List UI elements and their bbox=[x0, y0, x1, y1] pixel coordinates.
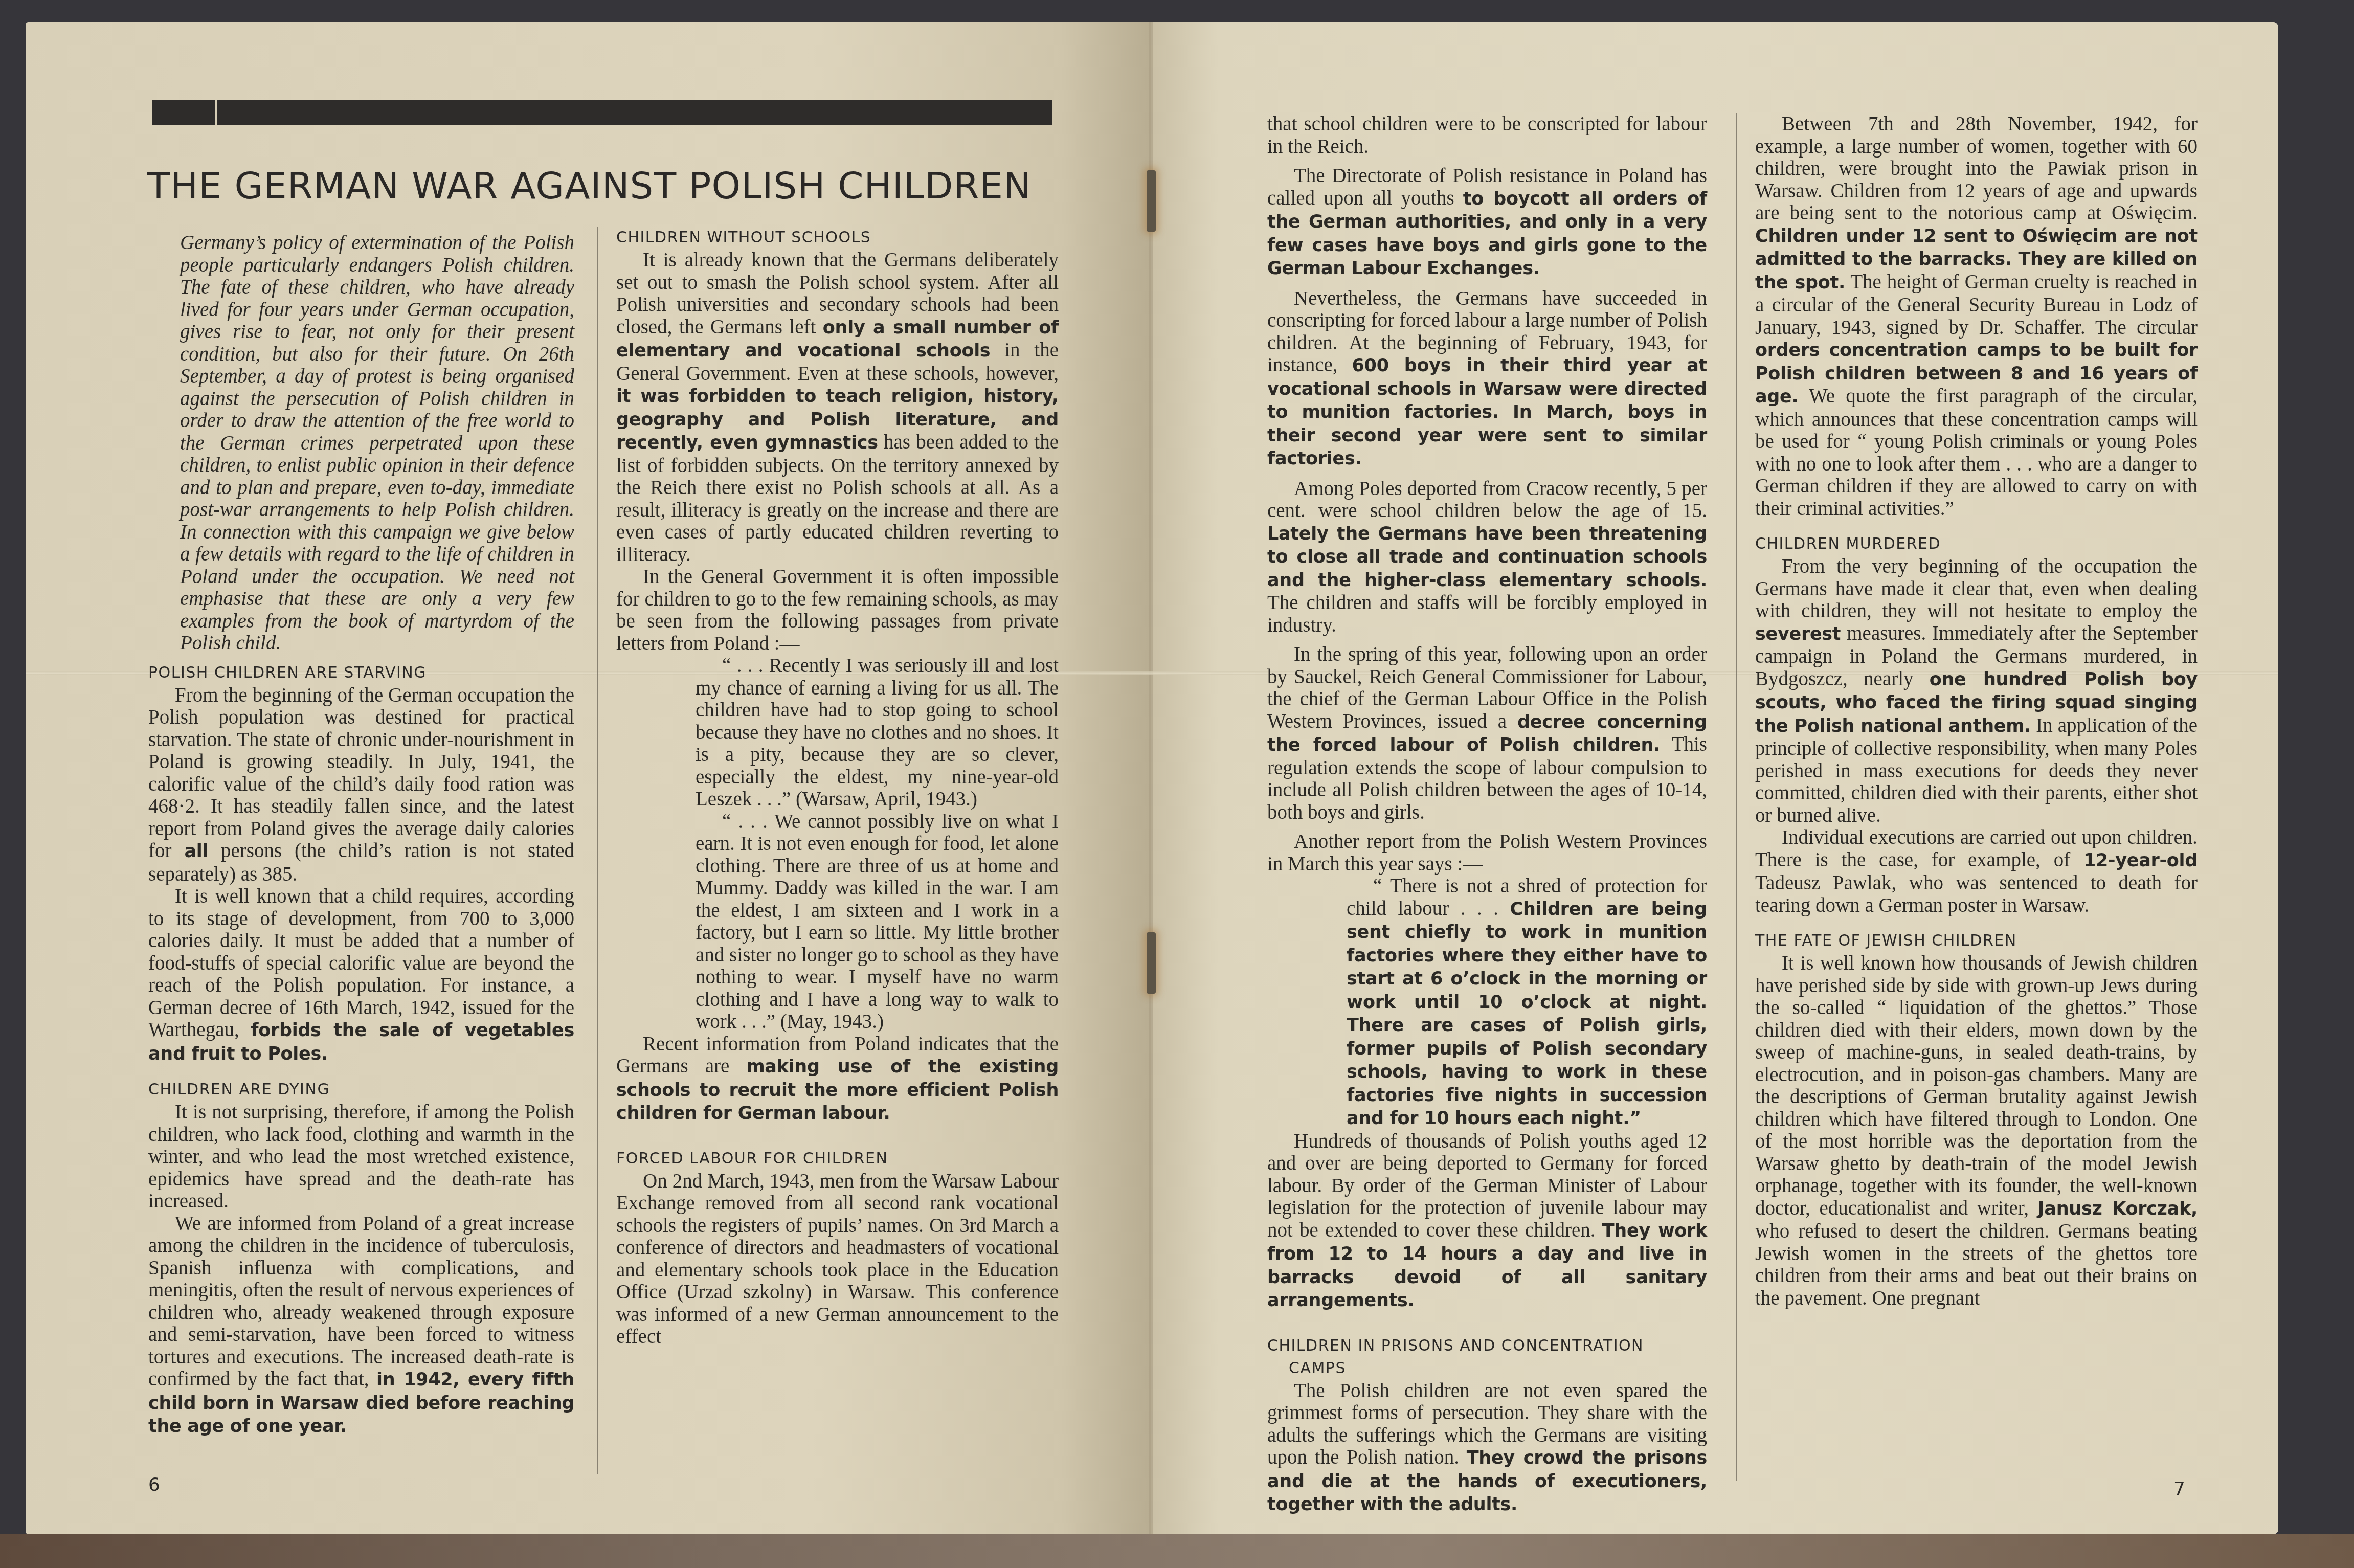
section-heading-starving: POLISH CHILDREN ARE STARVING bbox=[148, 662, 574, 684]
paragraph: Nevertheless, the Germans have succeeded… bbox=[1267, 287, 1707, 471]
paragraph: On 2nd March, 1943, men from the Warsaw … bbox=[616, 1170, 1059, 1348]
column-3: that school children were to be conscrip… bbox=[1267, 113, 1707, 1516]
column-2: CHILDREN WITHOUT SCHOOLS It is already k… bbox=[616, 227, 1059, 1348]
section-heading-murdered: CHILDREN MURDERED bbox=[1755, 533, 2198, 555]
page-number-right: 7 bbox=[2173, 1479, 2185, 1499]
letter-quote: “ . . . We cannot possibly live on what … bbox=[696, 811, 1059, 1033]
paragraph: Among Poles deported from Cracow recentl… bbox=[1267, 478, 1707, 637]
paragraph: It is not surprising, therefore, if amon… bbox=[148, 1101, 574, 1213]
paragraph: From the very beginning of the occupatio… bbox=[1755, 555, 2198, 826]
paragraph: It is well known how thousands of Jewish… bbox=[1755, 952, 2198, 1309]
paragraph: It is well known that a child requires, … bbox=[148, 885, 574, 1065]
column-1: Germany’s policy of extermination of the… bbox=[148, 232, 574, 1438]
letter-quote: “ . . . Recently I was seriously ill and… bbox=[696, 655, 1059, 811]
section-heading-prisons: CHILDREN IN PRISONS AND CONCENTRATIONCAM… bbox=[1267, 1335, 1707, 1380]
paragraph: In the spring of this year, following up… bbox=[1267, 643, 1707, 823]
paragraph: Another report from the Polish Western P… bbox=[1267, 831, 1707, 875]
paragraph: From the beginning of the German occupat… bbox=[148, 684, 574, 886]
booklet-spread: THE GERMAN WAR AGAINST POLISH CHILDREN G… bbox=[26, 22, 2278, 1534]
section-heading-jewish: THE FATE OF JEWISH CHILDREN bbox=[1755, 930, 2198, 952]
paragraph: In the General Government it is often im… bbox=[616, 566, 1059, 655]
paragraph: We are informed from Poland of a great i… bbox=[148, 1213, 574, 1438]
paragraph: It is already known that the Germans del… bbox=[616, 249, 1059, 566]
paragraph: The Polish children are not even spared … bbox=[1267, 1380, 1707, 1516]
paragraph: that school children were to be conscrip… bbox=[1267, 113, 1707, 158]
staple-icon bbox=[1147, 932, 1156, 994]
title-bar-notch bbox=[215, 100, 217, 125]
section-heading-labour: FORCED LABOUR FOR CHILDREN bbox=[616, 1148, 1059, 1170]
staple-icon bbox=[1147, 170, 1156, 232]
paragraph: Recent information from Poland indicates… bbox=[616, 1033, 1059, 1125]
paragraph: Hundreds of thousands of Polish youths a… bbox=[1267, 1130, 1707, 1312]
section-heading-dying: CHILDREN ARE DYING bbox=[148, 1079, 574, 1101]
column-4: Between 7th and 28th November, 1942, for… bbox=[1755, 113, 2198, 1309]
paragraph: Between 7th and 28th November, 1942, for… bbox=[1755, 113, 2198, 520]
column-rule bbox=[597, 227, 598, 1474]
column-rule bbox=[1736, 113, 1737, 1481]
page-number-left: 6 bbox=[148, 1474, 160, 1495]
intro-paragraph: Germany’s policy of extermination of the… bbox=[180, 232, 574, 655]
title-rule-bar bbox=[152, 100, 1052, 125]
page-title: THE GERMAN WAR AGAINST POLISH CHILDREN bbox=[147, 164, 1068, 207]
scan-background-strip bbox=[0, 1534, 2354, 1568]
section-heading-schools: CHILDREN WITHOUT SCHOOLS bbox=[616, 227, 1059, 249]
center-gutter bbox=[1149, 22, 1153, 1534]
paragraph: Individual executions are carried out up… bbox=[1755, 826, 2198, 916]
report-quote: “ There is not a shred of protection for… bbox=[1347, 875, 1707, 1130]
paragraph: The Directorate of Polish resistance in … bbox=[1267, 165, 1707, 280]
